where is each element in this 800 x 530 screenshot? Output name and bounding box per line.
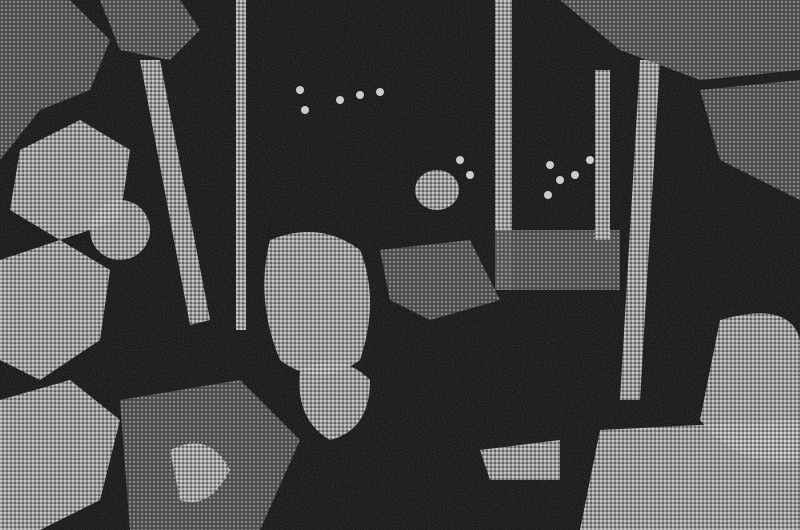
photo-scene <box>0 0 800 530</box>
halftone-photograph <box>0 0 800 530</box>
